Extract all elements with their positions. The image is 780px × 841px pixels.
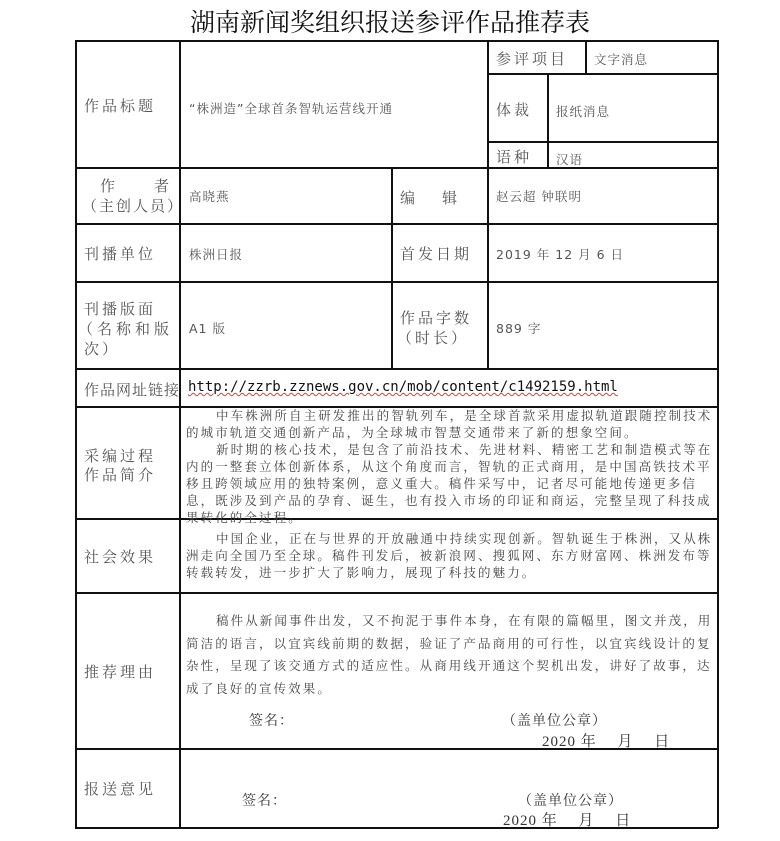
recommendation-signature: 签名： — [249, 710, 294, 730]
table-border-right — [717, 40, 719, 828]
grid-line — [75, 368, 718, 370]
category-value: 文字消息 — [594, 50, 648, 68]
submission-date: 2020 年 月 日 — [503, 809, 631, 830]
grid-line — [75, 223, 718, 225]
page-label: 刊播版面 — [84, 298, 156, 319]
grid-line — [75, 167, 718, 169]
social-effect-text: 中国企业，正在与世界的开放融通中持续实现创新。智轨诞生于株洲，又从株洲走向全国乃… — [186, 530, 714, 581]
grid-line — [75, 592, 718, 594]
work-title-label: 作品标题 — [84, 95, 156, 116]
language-value: 汉语 — [556, 150, 583, 168]
process-label-sub: 作品简介 — [84, 464, 156, 485]
grid-line — [585, 40, 587, 74]
recommendation-label: 推荐理由 — [84, 661, 156, 682]
submission-label: 报送意见 — [84, 778, 156, 799]
grid-line — [547, 73, 549, 168]
category-label: 参评项目 — [496, 48, 568, 69]
publisher-label: 刊播单位 — [84, 243, 156, 264]
page-value: A1 版 — [189, 319, 226, 337]
recommendation-paragraph: 稿件从新闻事件出发，又不拘泥于事件本身，在有限的篇幅里，图文并茂，用简洁的语言，… — [186, 610, 714, 700]
language-label: 语种 — [496, 146, 532, 167]
social-effect-label: 社会效果 — [84, 546, 156, 567]
process-text: 中车株洲所自主研发推出的智轨列车，是全球首款采用虚拟轨道跟随控制技术的城市轨道交… — [186, 407, 714, 526]
word-count-label-sub: （时长） — [397, 327, 469, 348]
submission-seal: （盖单位公章） — [518, 790, 623, 810]
editor-value: 赵云超 钟联明 — [496, 187, 582, 205]
word-count-label: 作品字数 — [400, 307, 472, 328]
table-border-top — [75, 40, 718, 42]
author-label: 作 者 — [100, 175, 172, 196]
url-label: 作品网址链接 — [84, 379, 180, 400]
recommendation-text: 稿件从新闻事件出发，又不拘泥于事件本身，在有限的篇幅里，图文并茂，用简洁的语言，… — [186, 610, 714, 700]
first-date-label: 首发日期 — [400, 243, 472, 264]
grid-line — [487, 73, 718, 75]
genre-value: 报纸消息 — [556, 102, 610, 120]
table-border-left — [75, 40, 77, 828]
editor-label: 编 辑 — [400, 187, 463, 208]
recommendation-date: 2020 年 月 日 — [542, 730, 670, 751]
grid-line — [391, 167, 393, 369]
work-title-value: “株洲造”全球首条智轨运营线开通 — [189, 99, 393, 117]
process-paragraph: 新时期的核心技术，是包含了前沿技术、先进材料、精密工艺和制造模式等在内的一整套立… — [186, 441, 714, 526]
genre-label: 体裁 — [496, 99, 532, 120]
word-count-value: 889 字 — [496, 319, 541, 337]
author-label-sub: （主创人员） — [82, 195, 184, 216]
author-value: 高晓燕 — [189, 187, 230, 205]
grid-line — [487, 167, 489, 369]
process-label: 采编过程 — [84, 445, 156, 466]
grid-line — [179, 40, 181, 828]
grid-line — [487, 141, 718, 143]
submission-signature: 签名： — [242, 790, 287, 810]
page-title: 湖南新闻奖组织报送参评作品推荐表 — [0, 3, 780, 39]
work-url-link[interactable]: http://zzrb.zznews.gov.cn/mob/content/c1… — [188, 379, 618, 395]
page-label-sub: （名称和版 — [78, 318, 173, 339]
page-label-sub2: 次） — [84, 338, 120, 359]
publisher-value: 株洲日报 — [189, 245, 243, 263]
grid-line — [75, 281, 718, 283]
process-paragraph: 中车株洲所自主研发推出的智轨列车，是全球首款采用虚拟轨道跟随控制技术的城市轨道交… — [186, 407, 714, 441]
social-effect-paragraph: 中国企业，正在与世界的开放融通中持续实现创新。智轨诞生于株洲，又从株洲走向全国乃… — [186, 530, 714, 581]
first-date-value: 2019 年 12 月 6 日 — [496, 245, 624, 263]
grid-line — [487, 40, 489, 168]
recommendation-seal: （盖单位公章） — [502, 710, 607, 730]
